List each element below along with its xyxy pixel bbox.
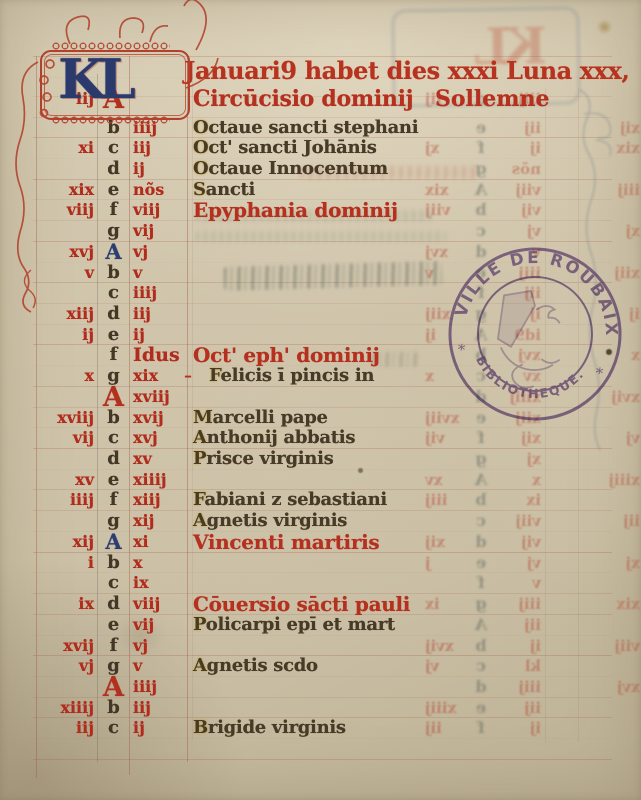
feast-entry: Prisce virginis: [193, 448, 553, 470]
golden-number: xij: [36, 531, 94, 553]
manuscript-page: KL iijdiiijeiijxijxjfijxixgnõsxixAviijii…: [0, 0, 641, 800]
day-numeral: ix: [133, 572, 189, 594]
calendar-row: ibx: [0, 552, 641, 573]
dominical-letter: c: [100, 427, 127, 449]
day-numeral: xv: [133, 448, 189, 470]
feast-entry: Cōuersio sācti pauli: [193, 593, 553, 615]
dominical-letter: b: [100, 552, 127, 574]
feast-entry: Vincenti martiris: [193, 531, 553, 553]
feast-entry: Anthonij abbatis: [193, 427, 553, 449]
calendar-row: xijAxiVincenti martiris: [0, 531, 641, 552]
calendar-row: ixdviijCōuersio sācti pauli: [0, 593, 641, 614]
calendar-row: dxvPrisce virginis: [0, 448, 641, 469]
dominical-letter: e: [100, 614, 127, 636]
library-stamp: VILLE DE ROUBAIX BIBLIOTHEQUE. ∗ ∗: [441, 240, 629, 428]
golden-number: xiiij: [36, 697, 94, 719]
day-numeral: ij: [133, 717, 189, 739]
day-numeral: viij: [133, 593, 189, 615]
feast-entry: Fabiani z sebastiani: [193, 489, 553, 511]
day-numeral: xvj: [133, 427, 189, 449]
kl-penwork-flourish: [0, 0, 280, 420]
calendar-row: xvijfvj: [0, 635, 641, 656]
feast-entry: Policarpi epī et mart: [193, 614, 553, 636]
dominical-letter: f: [100, 635, 127, 657]
stamp-top-text: VILLE DE ROUBAIX: [451, 240, 629, 341]
stamp-left-star: ∗: [455, 337, 468, 356]
grade-label: Sollemne: [435, 88, 600, 110]
dominical-letter: c: [100, 717, 127, 739]
feast-entry: Agnetis virginis: [193, 510, 553, 532]
dominical-letter: b: [100, 697, 127, 719]
golden-number: iiij: [36, 489, 94, 511]
golden-number: i: [36, 552, 94, 574]
golden-number: vj: [36, 655, 94, 677]
day-numeral: xi: [133, 531, 189, 553]
day-numeral: x: [133, 552, 189, 574]
dominical-letter: d: [100, 593, 127, 615]
golden-number: xv: [36, 469, 94, 491]
calendar-row: evijPolicarpi epī et mart: [0, 614, 641, 635]
dominical-letter: f: [100, 489, 127, 511]
calendar-row: iiijfxiijFabiani z sebastiani: [0, 489, 641, 510]
parchment-stain: [596, 20, 613, 34]
golden-number: ix: [36, 593, 94, 615]
day-numeral: vij: [133, 614, 189, 636]
day-numeral: v: [133, 655, 189, 677]
calendar-row: cix: [0, 572, 641, 593]
golden-number: vij: [36, 427, 94, 449]
calendar-row: xiiijbiij: [0, 697, 641, 718]
day-numeral: xiiij: [133, 469, 189, 491]
calendar-row: gxijAgnetis virginis: [0, 510, 641, 531]
dominical-letter: A: [100, 531, 127, 553]
golden-number: iij: [36, 717, 94, 739]
day-numeral: iij: [133, 697, 189, 719]
svg-text:BIBLIOTHEQUE.: BIBLIOTHEQUE.: [469, 352, 589, 409]
calendar-row: iijcijBrigide virginis: [0, 717, 641, 738]
day-numeral: vj: [133, 635, 189, 657]
ruling-line: [33, 759, 612, 760]
day-numeral: xiij: [133, 489, 189, 511]
dominical-letter: d: [100, 448, 127, 470]
stamp-bottom-text: BIBLIOTHEQUE.: [469, 352, 589, 409]
dominical-letter: c: [100, 572, 127, 594]
day-numeral: iiij: [133, 676, 189, 698]
dominical-letter: e: [100, 469, 127, 491]
stamp-right-star: ∗: [593, 361, 606, 380]
calendar-row: vijcxvjAnthonij abbatis: [0, 427, 641, 448]
feast-entry: Agnetis scdo: [193, 655, 553, 677]
calendar-row: xvexiiij: [0, 469, 641, 490]
calendar-row: Aiiij: [0, 676, 641, 697]
golden-number: xvij: [36, 635, 94, 657]
calendar-row: vjgvAgnetis scdo: [0, 655, 641, 676]
feast-entry: Brigide virginis: [193, 717, 553, 739]
day-numeral: xij: [133, 510, 189, 532]
svg-text:VILLE DE ROUBAIX: VILLE DE ROUBAIX: [451, 240, 629, 341]
